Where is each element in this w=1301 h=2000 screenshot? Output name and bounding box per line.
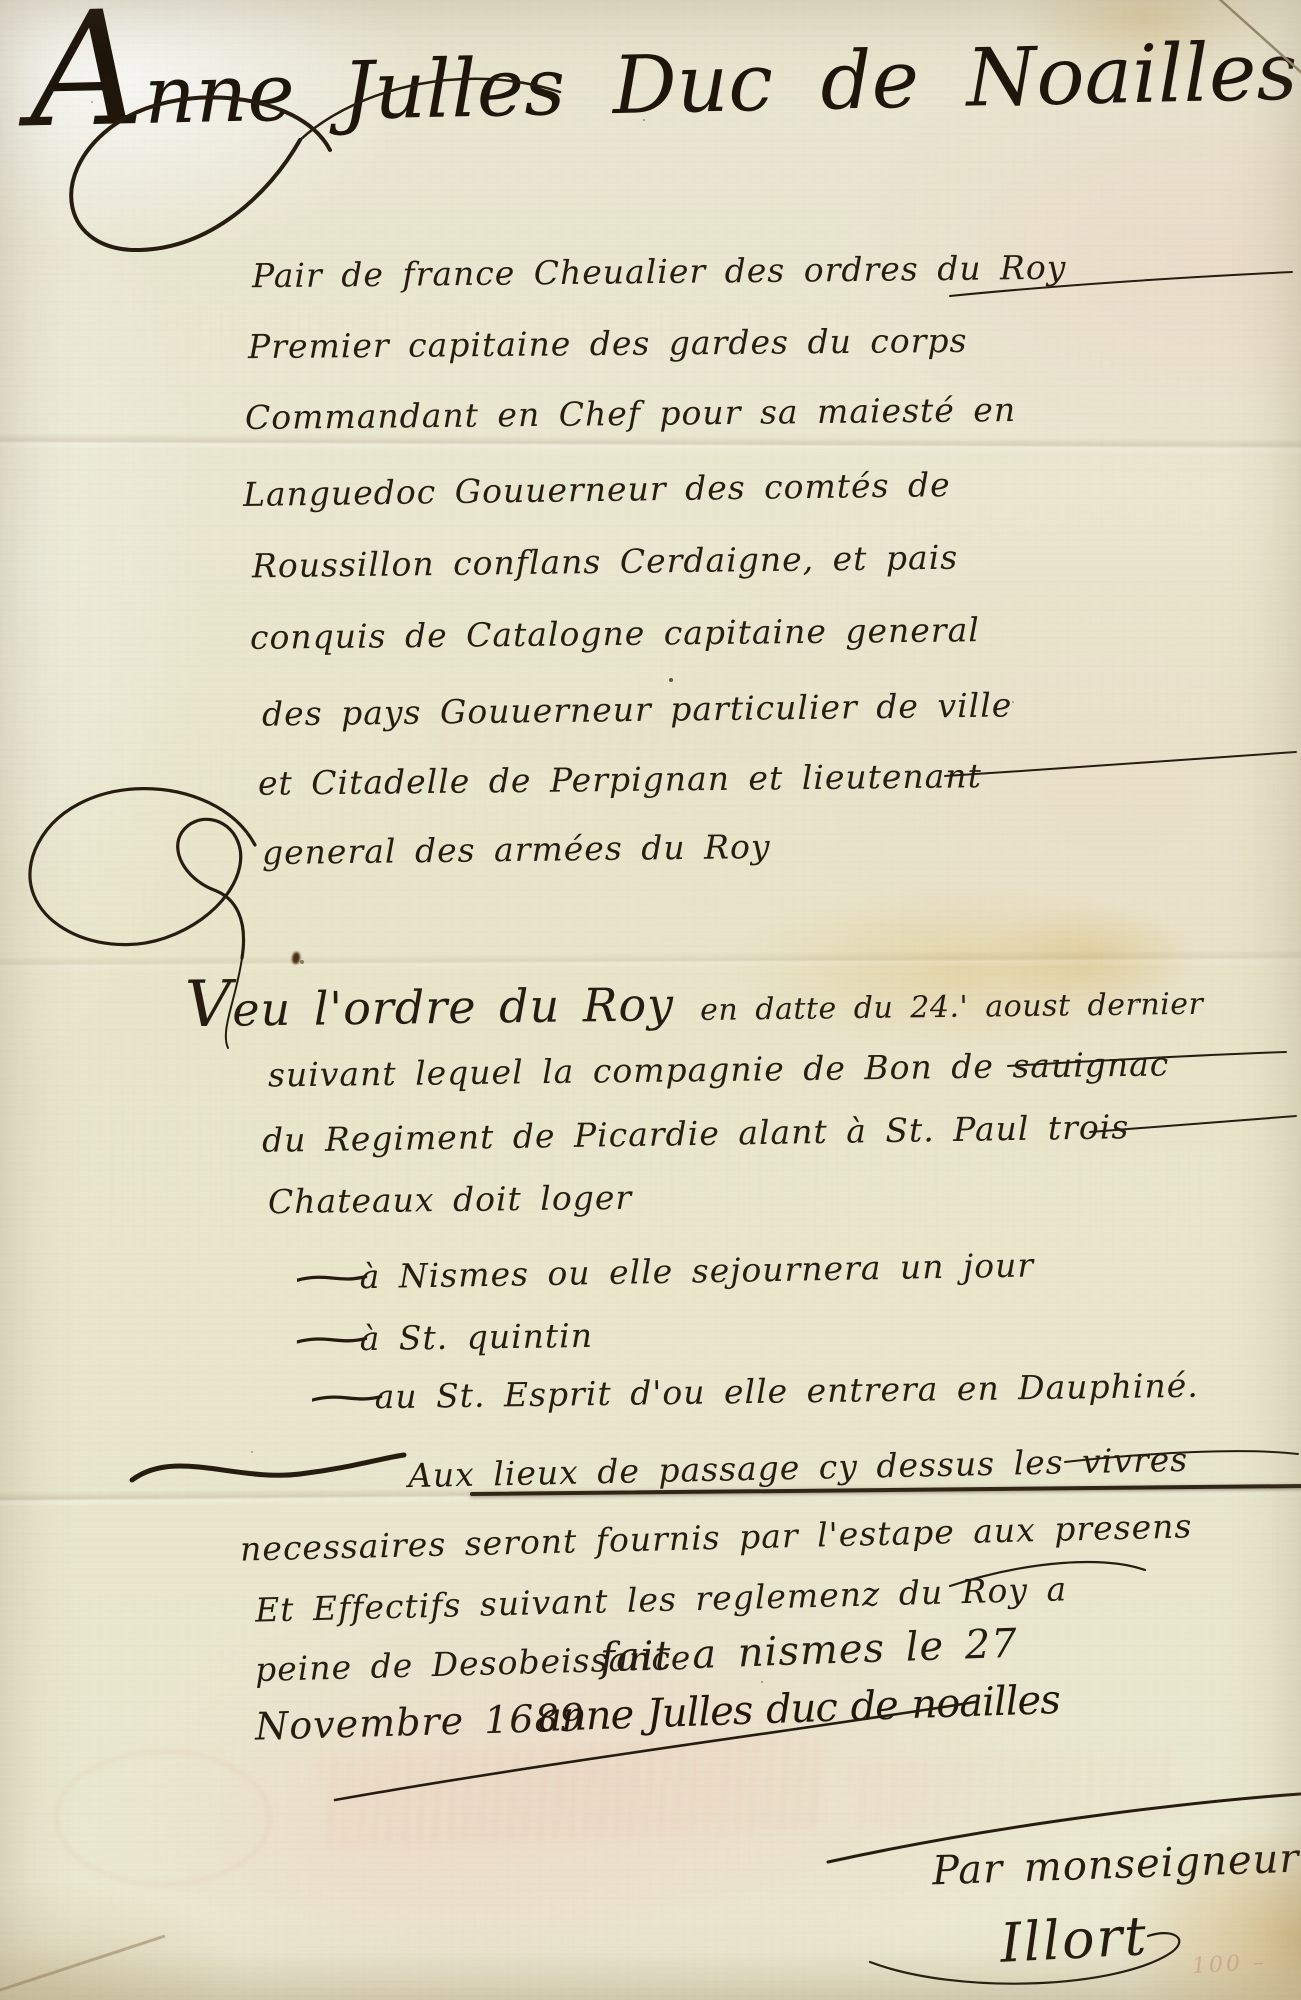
route-item: ∼au St. Esprit d'ou elle entrera en Daup… [300, 1366, 1199, 1418]
manuscript-page: Anne Julles Duc de Noailles Pair de fran… [0, 0, 1301, 2000]
noailles-signature: anne Julles duc de noailles [537, 1677, 1060, 1741]
titles-line: conquis de Catalogne capitaine general [250, 610, 980, 657]
archival-note: 100 – [1191, 1950, 1267, 1979]
titles-line: general des armées du Roy [262, 827, 771, 872]
paper-specks [300, 960, 304, 964]
fold-crease [0, 433, 1301, 455]
order-line: suivant lequel la compagnie de Bon de sa… [268, 1044, 1170, 1094]
titles-line: Premier capitaine des gardes du corps [248, 321, 968, 366]
ring-stain [55, 1750, 271, 1886]
route-item-text: à Nismes ou elle sejournera un jour [359, 1245, 1034, 1296]
titles-line: et Citadelle de Perpignan et lieutenant [258, 756, 982, 803]
place-date-line: fait a nismes le 27 [599, 1621, 1018, 1682]
closing-line: necessaires seront fournis par l'estape … [240, 1506, 1193, 1568]
order-lead-rest: en datte du 24.' aoust dernier [700, 987, 1204, 1028]
list-dash-flourish: ∼ [285, 1257, 383, 1298]
corner-fold-line [0, 1936, 165, 1992]
titles-line: Commandant en Chef pour sa maiesté en [245, 390, 1016, 437]
order-lead-line: Veu l'ordre du Royen datte du 24.' aoust… [185, 956, 1204, 1042]
route-item: ∼à St. quintin [285, 1316, 593, 1359]
route-item-text: au St. Esprit d'ou elle entrera en Dauph… [374, 1366, 1199, 1417]
titles-line: Roussillon conflans Cerdaigne, et pais [252, 538, 959, 586]
date-line: Novembre 1689 [254, 1695, 585, 1748]
order-lead: Veu l'ordre du Roy [185, 962, 675, 1042]
titles-line: Pair de france Cheualier des ordres du R… [252, 248, 1067, 296]
list-dash-flourish: ∼ [285, 1319, 383, 1359]
document-title: Anne Julles Duc de Noailles [29, 25, 1298, 145]
marginal-flourish [30, 789, 255, 958]
par-monseigneur-label: Par monseigneur [931, 1836, 1300, 1895]
list-dash-flourish: ∼ [300, 1377, 398, 1417]
ink-bleed-through [318, 1736, 821, 1848]
ink-bleed-through [849, 1749, 1181, 1830]
trailing-rule [945, 752, 1296, 776]
order-line: du Regiment de Picardie alant à St. Paul… [262, 1107, 1130, 1160]
order-line: Chateaux doit loger [268, 1178, 633, 1221]
titles-line: Languedoc Gouuerneur des comtés de [243, 465, 951, 514]
ink-blob [292, 952, 300, 964]
titles-line: des pays Gouuerneur particulier de ville [262, 685, 1013, 733]
aux-swash [132, 1455, 404, 1480]
closing-line: Et Effectifs suivant les reglemenz du Ro… [255, 1569, 1068, 1629]
route-item: ∼à Nismes ou elle sejournera un jour [285, 1245, 1035, 1297]
closing-line: Aux lieux de passage cy dessus les vivre… [408, 1440, 1189, 1495]
secretary-signature: Illort [998, 1904, 1149, 1975]
route-item-text: à St. quintin [359, 1316, 593, 1358]
